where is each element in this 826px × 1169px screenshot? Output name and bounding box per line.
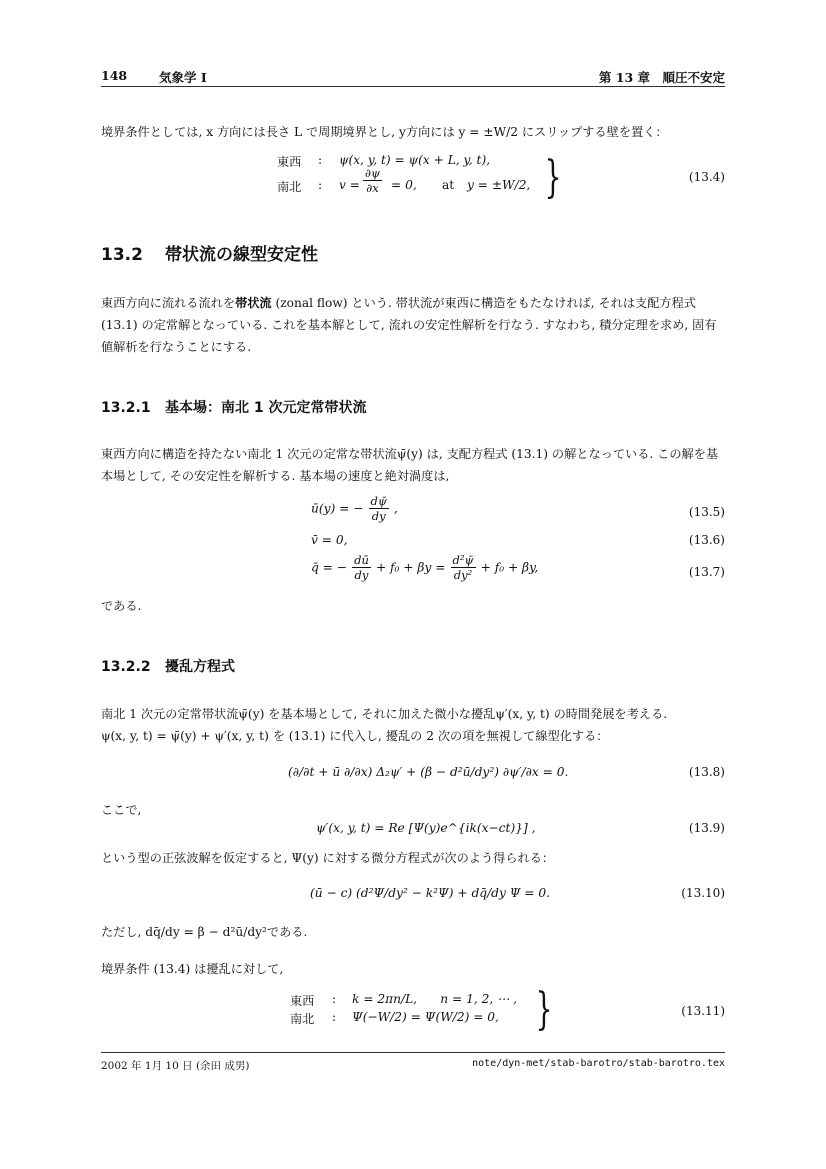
equation-13-8: (∂/∂t + ū ∂/∂x) Δ₂ψ′ + (β − d²ū/dy²) ∂ψ′… — [288, 765, 568, 779]
section-heading-13-2: 13.2帯状流の線型安定性 — [101, 240, 318, 265]
eq-colon: : — [318, 178, 322, 192]
eq-colon: : — [318, 153, 322, 167]
here-text: ここで, — [101, 799, 725, 821]
section-13-2-2-paragraph-1: 南北 1 次元の定常帯状流ψ̄(y) を基本場として, それに加えた微小な擾乱ψ… — [101, 703, 725, 725]
equation-number: (13.6) — [689, 533, 725, 547]
section-13-2-1-paragraph: 東西方向に構造を持たない南北 1 次元の定常な帯状流ψ̄(y) は, 支配方程式… — [101, 443, 725, 487]
right-brace-icon: } — [545, 156, 562, 200]
equation-number: (13.10) — [681, 886, 725, 900]
page-footer: 2002 年 1月 10 日 (余田 成男) note/dyn-met/stab… — [101, 1052, 725, 1053]
equation-13-7: q̄ = − dūdy + f₀ + βy = d²ψ̄dy² + f₀ + β… — [311, 553, 538, 582]
eq-row-label: 南北 — [290, 1010, 314, 1027]
closing-text: である. — [101, 595, 725, 617]
equation-number: (13.4) — [689, 170, 725, 184]
section-13-2-2-paragraph-5: 境界条件 (13.4) は擾乱に対して, — [101, 958, 725, 980]
running-header: 148 気象学 I 第 13 章 順圧不安定 — [101, 68, 725, 87]
eq-fraction: ∂ψ ∂x — [363, 166, 382, 195]
equation-13-6: v̄ = 0, — [311, 533, 347, 547]
equation-number: (13.5) — [689, 505, 725, 519]
section-heading-13-2-2: 13.2.2擾乱方程式 — [101, 656, 235, 676]
equation-13-11: 東西 : k = 2πn/L, n = 1, 2, ⋯ , 南北 : Ψ(−W/… — [290, 990, 560, 1040]
eq-row-label: 東西 — [277, 153, 301, 170]
eq-expression: y = ±W/2, — [467, 178, 530, 192]
footer-date-author: 2002 年 1月 10 日 (余田 成男) — [101, 1058, 249, 1073]
bold-term: 帯状流 — [235, 296, 272, 310]
intro-paragraph: 境界条件としては, x 方向には長さ L で周期境界とし, y方向には y = … — [101, 121, 725, 143]
section-13-2-2-paragraph-3: という型の正弦波解を仮定すると, Ψ(y) に対する微分方程式が次のよう得られる… — [101, 847, 725, 869]
eq-expression: = 0, — [391, 178, 417, 192]
equation-number: (13.11) — [681, 1004, 725, 1018]
eq-row-label: 東西 — [290, 992, 314, 1009]
eq-colon: : — [332, 992, 336, 1006]
eq-fraction: d²ψ̄dy² — [451, 553, 476, 582]
section-13-2-2-paragraph-2: ψ(x, y, t) = ψ̄(y) + ψ′(x, y, t) を (13.1… — [101, 725, 725, 747]
equation-number: (13.7) — [689, 565, 725, 579]
eq-expression: Ψ(−W/2) = Ψ(W/2) = 0, — [352, 1010, 499, 1024]
eq-fraction: dψ̄dy — [369, 494, 389, 523]
equation-13-9: ψ′(x, y, t) = Re [Ψ(y)e^{ik(x−ct)}] , — [316, 821, 535, 835]
equation-number: (13.8) — [689, 765, 725, 779]
section-heading-13-2-1: 13.2.1基本場：南北 1 次元定常帯状流 — [101, 397, 367, 417]
chapter-title: 第 13 章 順圧不安定 — [599, 68, 725, 86]
section-13-2-2-paragraph-4: ただし, dq̄/dy = β − d²ū/dy²である. — [101, 921, 725, 943]
eq-colon: : — [332, 1010, 336, 1024]
book-title: 気象学 I — [159, 68, 207, 86]
footer-file-path: note/dyn-met/stab-barotro/stab-barotro.t… — [472, 1058, 725, 1069]
eq-expression: ψ(x, y, t) = ψ(x + L, y, t), — [339, 153, 490, 167]
equation-13-5: ū(y) = − dψ̄dy , — [311, 494, 398, 523]
equation-number: (13.9) — [689, 821, 725, 835]
eq-row-label: 南北 — [277, 178, 301, 195]
eq-expression: v = — [339, 178, 360, 192]
eq-fraction: dūdy — [352, 553, 371, 582]
eq-at: at — [442, 178, 454, 192]
equation-13-4: 東西 : ψ(x, y, t) = ψ(x + L, y, t), 南北 : v… — [277, 150, 617, 210]
eq-expression: k = 2πn/L, n = 1, 2, ⋯ , — [352, 992, 517, 1006]
equation-13-10: (ū − c) (d²Ψ/dy² − k²Ψ) + dq̄/dy Ψ = 0. — [310, 886, 550, 900]
section-13-2-paragraph: 東西方向に流れる流れを帯状流 (zonal flow) という. 帯状流が東西に… — [101, 292, 725, 358]
right-brace-icon: } — [536, 988, 553, 1032]
page-number: 148 — [101, 68, 127, 83]
